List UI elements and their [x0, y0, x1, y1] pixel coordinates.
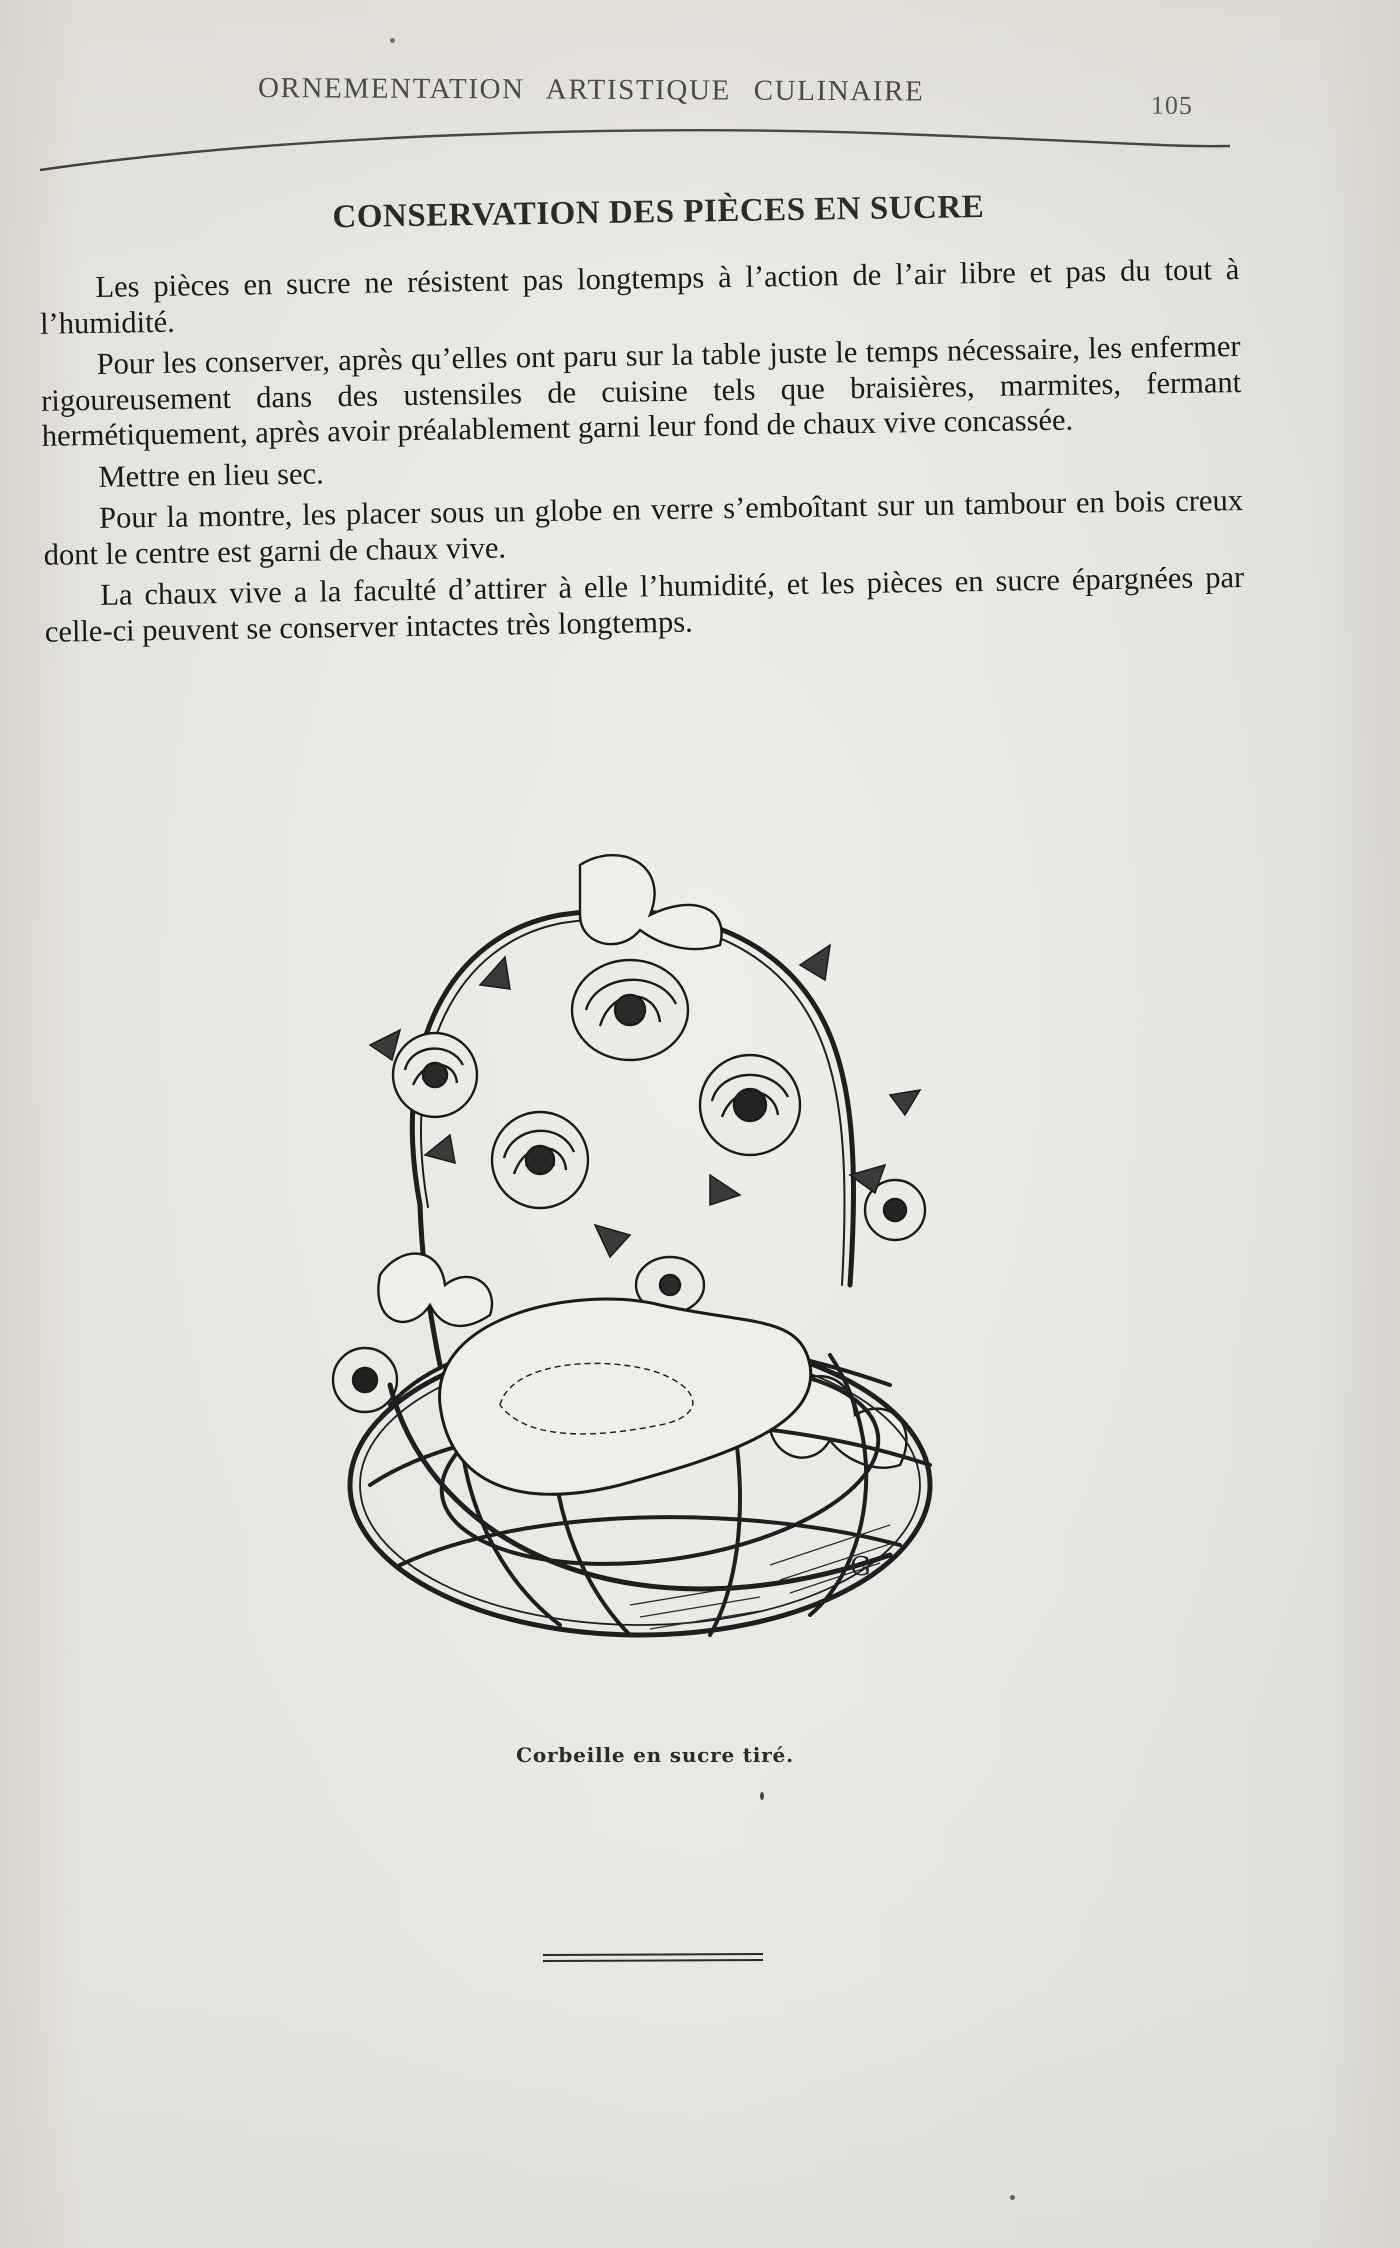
paragraph-4: Pour la montre, les placer sous un globe…: [43, 483, 1244, 573]
running-title: ORNEMENTATION ARTISTIQUE CULINAIRE: [258, 72, 925, 108]
engraving-basket-icon: G: [330, 845, 990, 1655]
basket-illustration: G: [330, 845, 990, 1655]
paragraph-5: La chaux vive a la faculté d’attirer à e…: [44, 560, 1245, 650]
section-title: CONSERVATION DES PIÈCES EN SUCRE: [38, 185, 1238, 241]
paper-speck: [390, 38, 395, 43]
article-body: CONSERVATION DES PIÈCES EN SUCRE Les piè…: [38, 185, 1245, 656]
illustrator-signature: G: [850, 1552, 871, 1582]
figure-caption: Corbeille en sucre tiré.: [0, 1743, 1310, 1767]
paragraph-2: Pour les conserver, après qu’elles ont p…: [40, 329, 1242, 454]
end-ornament-rule: [543, 1952, 763, 1964]
paragraph-1: Les pièces en sucre ne résistent pas lon…: [39, 252, 1240, 342]
book-page: ORNEMENTATION ARTISTIQUE CULINAIRE 105 C…: [0, 0, 1400, 2248]
paper-speck: [760, 1792, 764, 1800]
header-rule: [40, 112, 1230, 172]
paper-speck: [1010, 2195, 1015, 2200]
